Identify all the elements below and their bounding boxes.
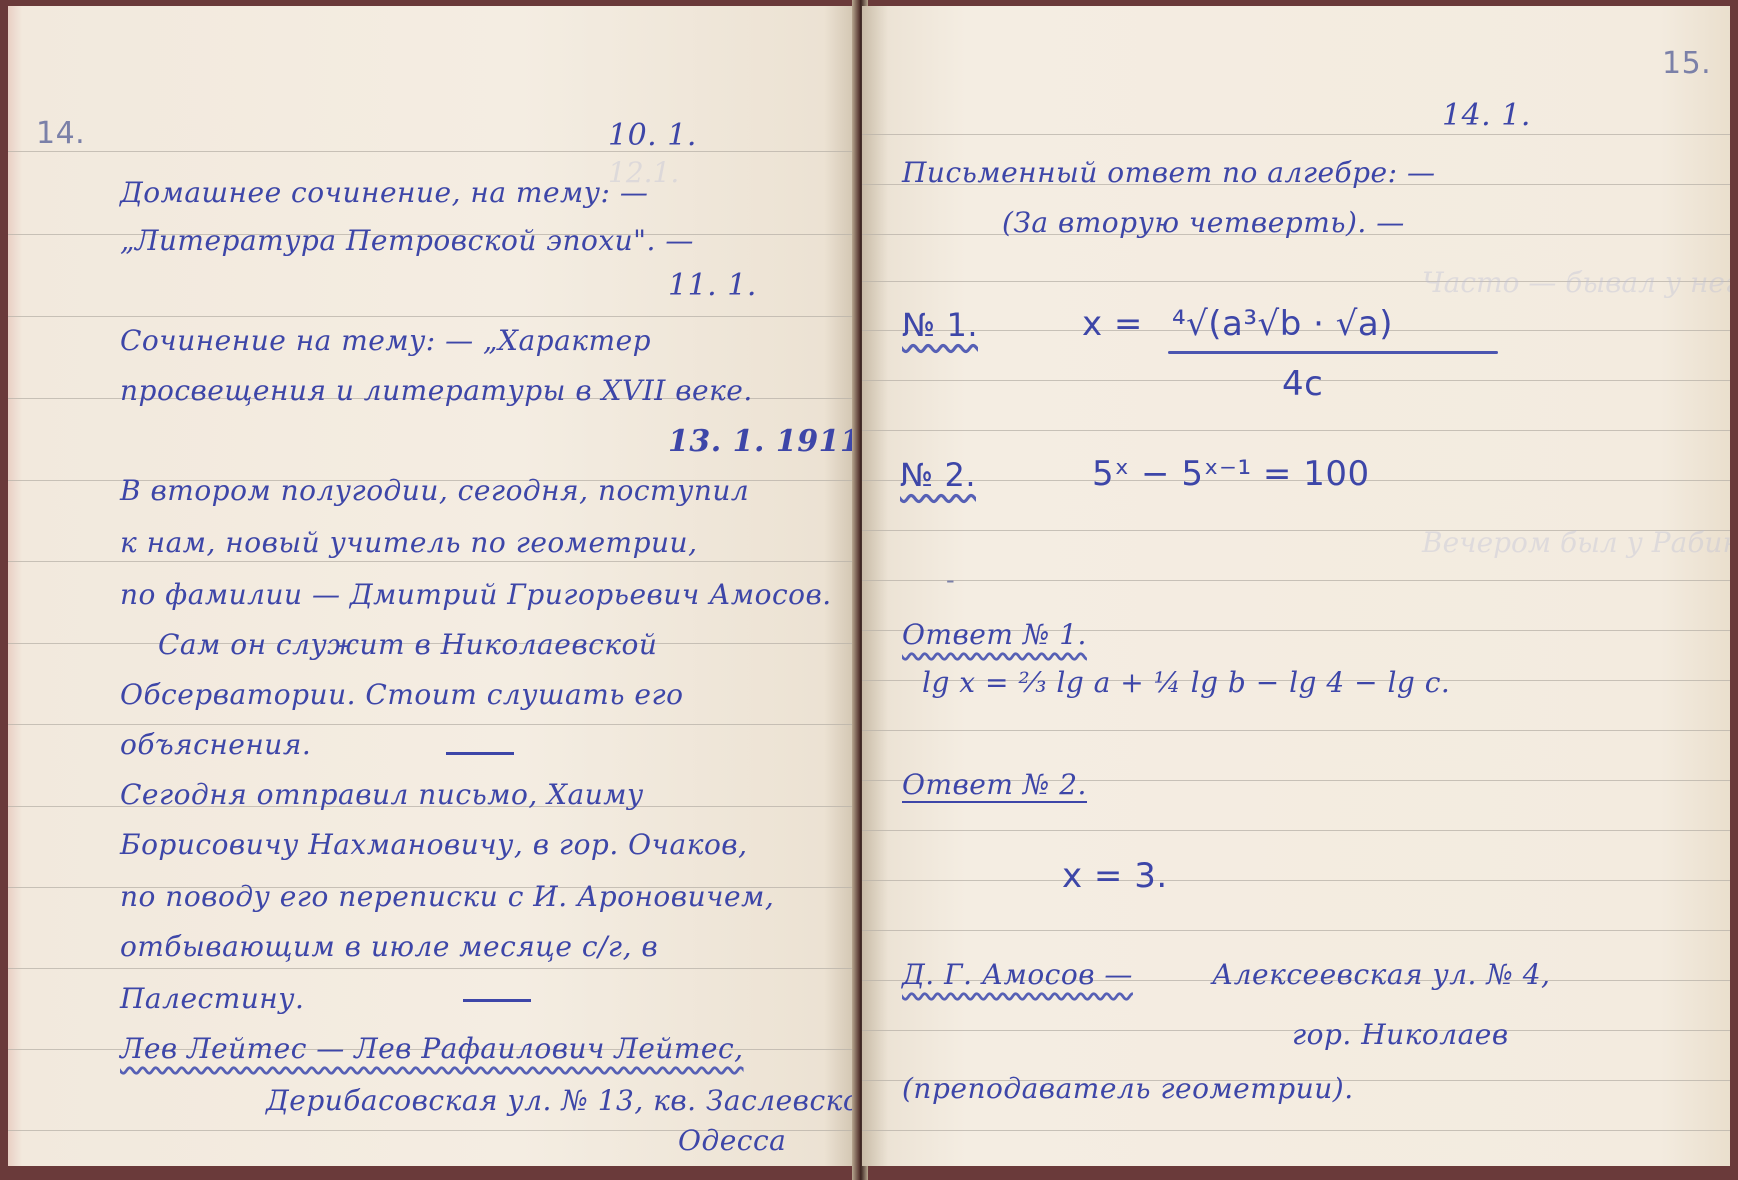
fraction-bar bbox=[1168, 351, 1498, 354]
ruled-line bbox=[862, 134, 1730, 135]
ruled-line bbox=[862, 880, 1730, 881]
entry-line: просвещения и литературы в XVII веке. bbox=[120, 374, 753, 407]
entry-date: 11. 1. bbox=[668, 268, 757, 303]
problem-lhs: x = bbox=[1082, 304, 1143, 344]
right-page: Часто — бывал у него Вечером был у Рабин… bbox=[862, 6, 1730, 1166]
entry-date: 10. 1. bbox=[608, 118, 697, 153]
entry-line: Сочинение на тему: — „Характер bbox=[120, 324, 651, 357]
contact-note: (преподаватель геометрии). bbox=[902, 1072, 1354, 1105]
ruled-line bbox=[8, 316, 858, 317]
problem-numerator: ⁴√(a³√b · √a) bbox=[1172, 304, 1393, 344]
problem-denominator: 4c bbox=[1282, 364, 1323, 404]
entry-line: Одесса bbox=[678, 1124, 786, 1157]
ruled-line bbox=[8, 561, 858, 562]
problem-label: № 2. bbox=[900, 456, 976, 494]
ruled-line bbox=[8, 151, 858, 152]
entry-line: Обсерватории. Стоит слушать его bbox=[120, 678, 683, 711]
entry-line: „Литература Петровской эпохи". — bbox=[120, 224, 694, 257]
notebook-spread: 12.1. 14. 10. 1. Домашнее сочинение, на … bbox=[0, 0, 1738, 1180]
answer-value: lg x = ²⁄₃ lg a + ¼ lg b − lg 4 − lg c. bbox=[922, 666, 1450, 699]
ruled-line bbox=[8, 724, 858, 725]
page-number: 15. bbox=[1662, 46, 1711, 81]
ruled-line bbox=[862, 430, 1730, 431]
entry-line: Борисовичу Нахмановичу, в гор. Очаков, bbox=[120, 828, 748, 861]
ruled-line bbox=[862, 930, 1730, 931]
entry-line: Сегодня отправил письмо, Хаиму bbox=[120, 778, 644, 811]
title-line: (За вторую четверть). — bbox=[1002, 206, 1405, 239]
entry-date: 14. 1. bbox=[1442, 98, 1531, 133]
answer-value: x = 3. bbox=[1062, 856, 1168, 896]
entry-line: по поводу его переписки с И. Ароновичем, bbox=[120, 880, 774, 913]
separator-dash bbox=[463, 999, 531, 1002]
ruled-line bbox=[862, 730, 1730, 731]
entry-line: Домашнее сочинение, на тему: — bbox=[120, 176, 648, 209]
contact-address: Алексеевская ул. № 4, bbox=[1212, 958, 1550, 991]
entry-line: Дерибасовская ул. № 13, кв. Заслевского, bbox=[266, 1084, 858, 1117]
answer-label: Ответ № 1. bbox=[902, 618, 1087, 651]
separator-dash bbox=[446, 752, 514, 755]
entry-line: к нам, новый учитель по геометрии, bbox=[120, 526, 698, 559]
entry-date: 13. 1. 1911 bbox=[668, 424, 858, 459]
contact-name: Д. Г. Амосов — bbox=[902, 958, 1133, 991]
ruled-line bbox=[8, 968, 858, 969]
ruled-line bbox=[862, 580, 1730, 581]
entry-line: Лев Лейтес — Лев Рафаилович Лейтес, bbox=[120, 1032, 744, 1065]
problem-equation: 5ˣ − 5ˣ⁻¹ = 100 bbox=[1092, 454, 1370, 494]
entry-line: отбывающим в июле месяце с/г, в bbox=[120, 930, 658, 963]
ruled-line bbox=[862, 1130, 1730, 1131]
problem-label: № 1. bbox=[902, 306, 978, 344]
contact-city: гор. Николаев bbox=[1292, 1018, 1509, 1051]
entry-line: по фамилии — Дмитрий Григорьевич Амосов. bbox=[120, 578, 832, 611]
entry-line: В втором полугодии, сегодня, поступил bbox=[120, 474, 749, 507]
title-line: Письменный ответ по алгебре: — bbox=[902, 156, 1435, 189]
answer-label: Ответ № 2. bbox=[902, 768, 1087, 803]
ruled-line bbox=[862, 830, 1730, 831]
entry-line: Сам он служит в Николаевской bbox=[158, 628, 657, 661]
entry-line: Палестину. bbox=[120, 982, 304, 1015]
page-number: 14. bbox=[36, 116, 85, 151]
left-page: 12.1. 14. 10. 1. Домашнее сочинение, на … bbox=[8, 6, 858, 1166]
entry-line: объяснения. bbox=[120, 728, 311, 761]
